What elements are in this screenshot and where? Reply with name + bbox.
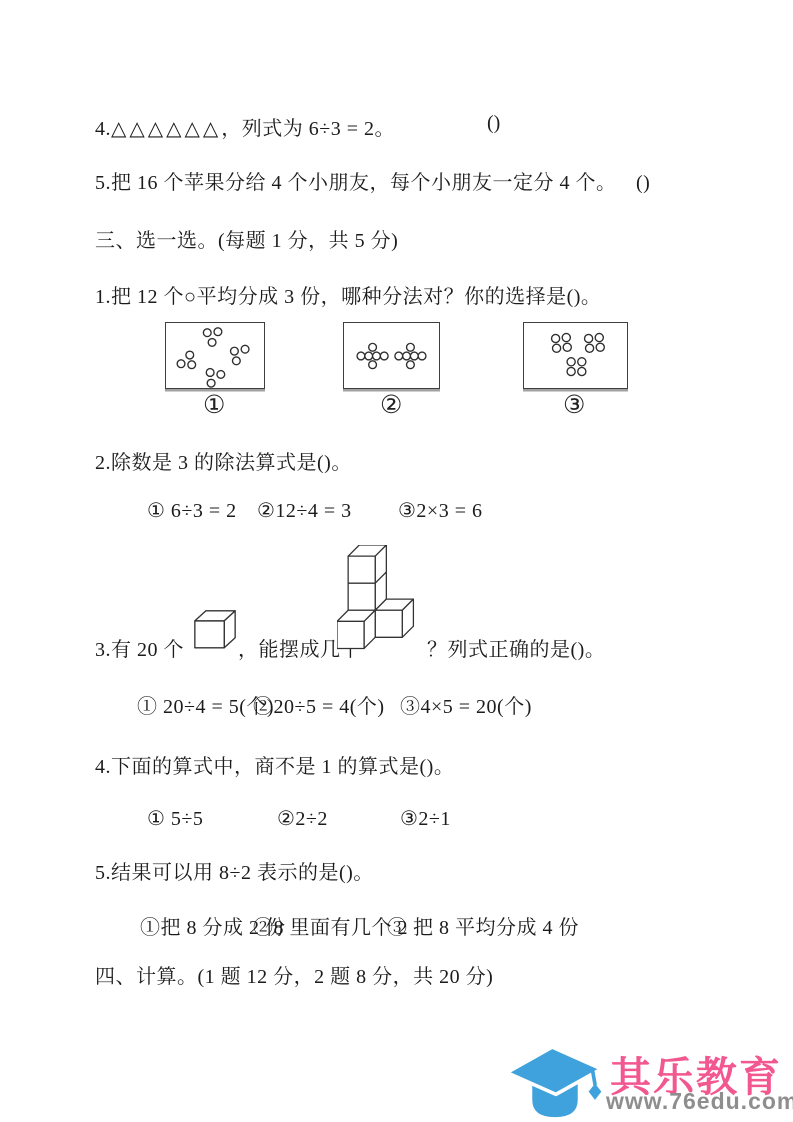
judge-item-4-answer-bracket: () bbox=[487, 112, 500, 135]
figure-label-3: ③ bbox=[563, 390, 585, 420]
section-choose-heading: 三、选一选。(每题 1 分，共 5 分) bbox=[95, 224, 398, 253]
judge-item-5: 5.把 16 个苹果分给 4 个小朋友，每个小朋友一定分 4 个。 () bbox=[95, 166, 650, 195]
judge-item-5-answer-bracket: () bbox=[636, 172, 650, 194]
judge-item-4-text: ，列式为 6÷3 = 2。 bbox=[221, 118, 395, 140]
q3-option-3: ③4×5 = 20(个) bbox=[400, 690, 532, 719]
triangle-row: △△△△△△ bbox=[111, 118, 221, 140]
choose-q3-text-part1: 3.有 20 个 bbox=[95, 633, 184, 662]
circle-groups-of-6-icon bbox=[344, 323, 439, 388]
judge-item-4: 4.△△△△△△，列式为 6÷3 = 2。 bbox=[95, 112, 395, 141]
q2-option-2: ②12÷4 = 3 bbox=[257, 498, 352, 523]
circle-groups-of-3-icon bbox=[166, 323, 264, 388]
cube-icon bbox=[194, 610, 236, 649]
single-cube-figure bbox=[194, 610, 236, 654]
logo bbox=[505, 1038, 605, 1122]
q4-option-1: ① 5÷5 bbox=[147, 806, 203, 831]
q5-option-2: ②8 里面有几个 2 bbox=[253, 911, 408, 940]
section-calc-heading: 四、计算。(1 题 12 分，2 题 8 分，共 20 分) bbox=[95, 960, 493, 989]
logo-website-text: www.76edu.com bbox=[606, 1088, 793, 1115]
choose-q4-text: 4.下面的算式中，商不是 1 的算式是()。 bbox=[95, 750, 454, 779]
q2-option-3: ③2×3 = 6 bbox=[398, 498, 483, 523]
q3-option-2: ②20÷5 = 4(个) bbox=[253, 690, 385, 719]
figure-label-2: ② bbox=[380, 390, 402, 420]
choice-figure-box-3 bbox=[523, 322, 628, 389]
q2-option-1: ① 6÷3 = 2 bbox=[147, 498, 237, 523]
judge-item-5-text: 5.把 16 个苹果分给 4 个小朋友，每个小朋友一定分 4 个。 bbox=[95, 172, 617, 194]
choose-q5-text: 5.结果可以用 8÷2 表示的是()。 bbox=[95, 856, 374, 885]
choice-figure-box-2 bbox=[343, 322, 440, 389]
cube-stack-icon bbox=[337, 545, 415, 650]
worksheet-page: 4.△△△△△△，列式为 6÷3 = 2。 () 5.把 16 个苹果分给 4 … bbox=[0, 0, 793, 1122]
choose-q2-text: 2.除数是 3 的除法算式是()。 bbox=[95, 446, 352, 475]
judge-item-4-number: 4. bbox=[95, 118, 111, 140]
choice-figure-box-1 bbox=[165, 322, 265, 389]
cube-stack-figure bbox=[337, 545, 415, 655]
q5-option-3: ③ 把 8 平均分成 4 份 bbox=[387, 911, 579, 940]
choose-q1-text: 1.把 12 个○平均分成 3 份，哪种分法对？你的选择是()。 bbox=[95, 280, 601, 309]
q4-option-2: ②2÷2 bbox=[277, 806, 328, 831]
circle-groups-of-4-icon bbox=[524, 323, 627, 388]
graduation-cap-icon bbox=[505, 1038, 605, 1120]
choose-q3-text-part3: ？列式正确的是()。 bbox=[427, 633, 605, 662]
figure-label-1: ① bbox=[203, 390, 225, 420]
q4-option-3: ③2÷1 bbox=[400, 806, 451, 831]
